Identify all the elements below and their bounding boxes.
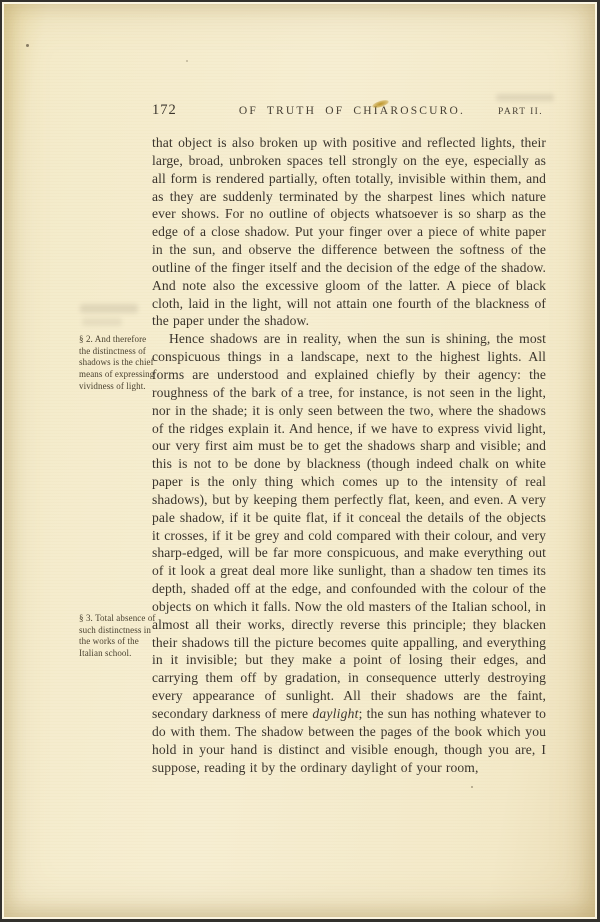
bleedthrough-mark <box>80 304 138 313</box>
scanned-page: 172 OF TRUTH OF CHIAROSCURO. PART II. § … <box>0 0 600 922</box>
bleedthrough-mark <box>496 94 554 101</box>
sidenote-section-3: § 3. Total absence of such distinctness … <box>79 613 156 660</box>
bleedthrough-mark <box>82 318 122 326</box>
part-label: PART II. <box>498 107 543 117</box>
paragraph-text: Hence shadows are in reality, when the s… <box>152 331 546 721</box>
paper-speck <box>471 786 473 788</box>
paragraph-text: that object is also broken up with posit… <box>152 135 546 328</box>
body-text: that object is also broken up with posit… <box>152 134 546 776</box>
paragraph-continuation: that object is also broken up with posit… <box>152 134 546 330</box>
paragraph-shadows: Hence shadows are in reality, when the s… <box>152 330 546 776</box>
sidenote-section-2: § 2. And therefore the distinctness of s… <box>79 334 156 393</box>
book-page: 172 OF TRUTH OF CHIAROSCURO. PART II. § … <box>4 4 595 917</box>
paper-speck <box>186 60 188 62</box>
italic-word: daylight <box>312 706 358 721</box>
running-header: OF TRUTH OF CHIAROSCURO. <box>152 105 552 117</box>
scan-margin: 172 OF TRUTH OF CHIAROSCURO. PART II. § … <box>2 2 597 919</box>
paper-speck <box>26 44 29 47</box>
